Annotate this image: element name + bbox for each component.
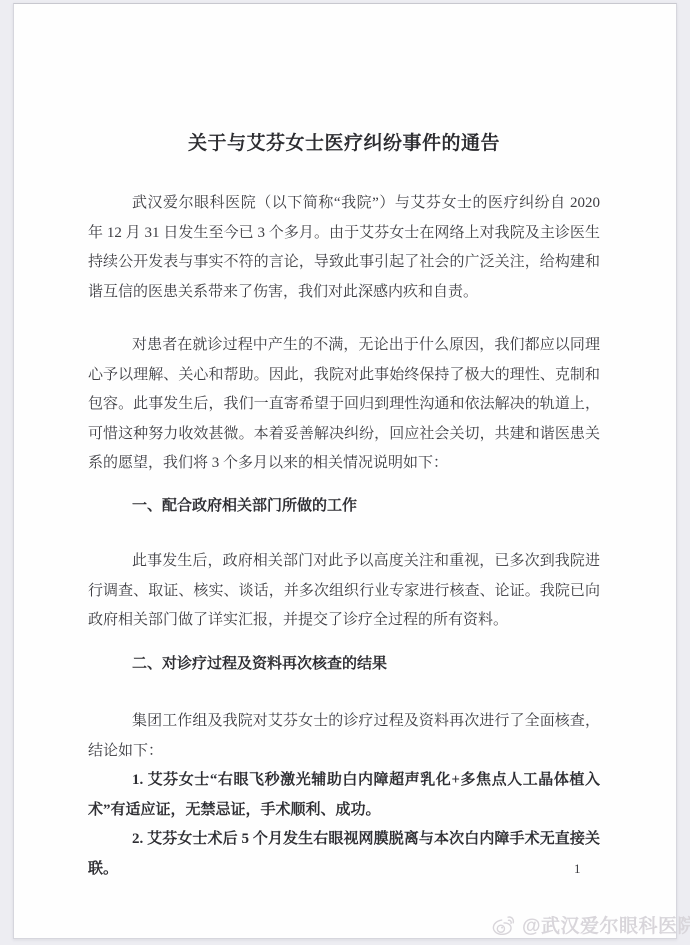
intro-paragraph-2: 对患者在就诊过程中产生的不满，无论出于什么原因，我们都应以同理心予以理解、关心和… bbox=[88, 331, 600, 479]
intro-paragraph-1: 武汉爱尔眼科医院（以下简称“我院”）与艾芬女士的医疗纠纷自 2020 年 12 … bbox=[88, 189, 600, 307]
section-2-conclusion-item-1: 1. 艾芬女士“右眼飞秒激光辅助白内障超声乳化+多焦点人工晶体植入术”有适应证，… bbox=[88, 766, 600, 825]
scanned-photo-background: 关于与艾芬女士医疗纠纷事件的通告 武汉爱尔眼科医院（以下简称“我院”）与艾芬女士… bbox=[0, 0, 690, 945]
section-2-conclusion-item-2: 2. 艾芬女士术后 5 个月发生右眼视网膜脱离与本次白内障手术无直接关联。 bbox=[88, 825, 600, 884]
document-page: 关于与艾芬女士医疗纠纷事件的通告 武汉爱尔眼科医院（以下简称“我院”）与艾芬女士… bbox=[13, 3, 677, 939]
page-number: 1 bbox=[574, 861, 581, 877]
section-2-heading: 二、对诊疗过程及资料再次核查的结果 bbox=[88, 650, 600, 680]
section-1-body: 此事发生后，政府相关部门对此予以高度关注和重视，已多次到我院进行调查、取证、核实… bbox=[88, 547, 600, 636]
section-2-body: 集团工作组及我院对艾芬女士的诊疗过程及资料再次进行了全面核查，结论如下： bbox=[88, 707, 600, 766]
document-title: 关于与艾芬女士医疗纠纷事件的通告 bbox=[88, 131, 600, 157]
section-1-heading: 一、配合政府相关部门所做的工作 bbox=[88, 492, 600, 522]
